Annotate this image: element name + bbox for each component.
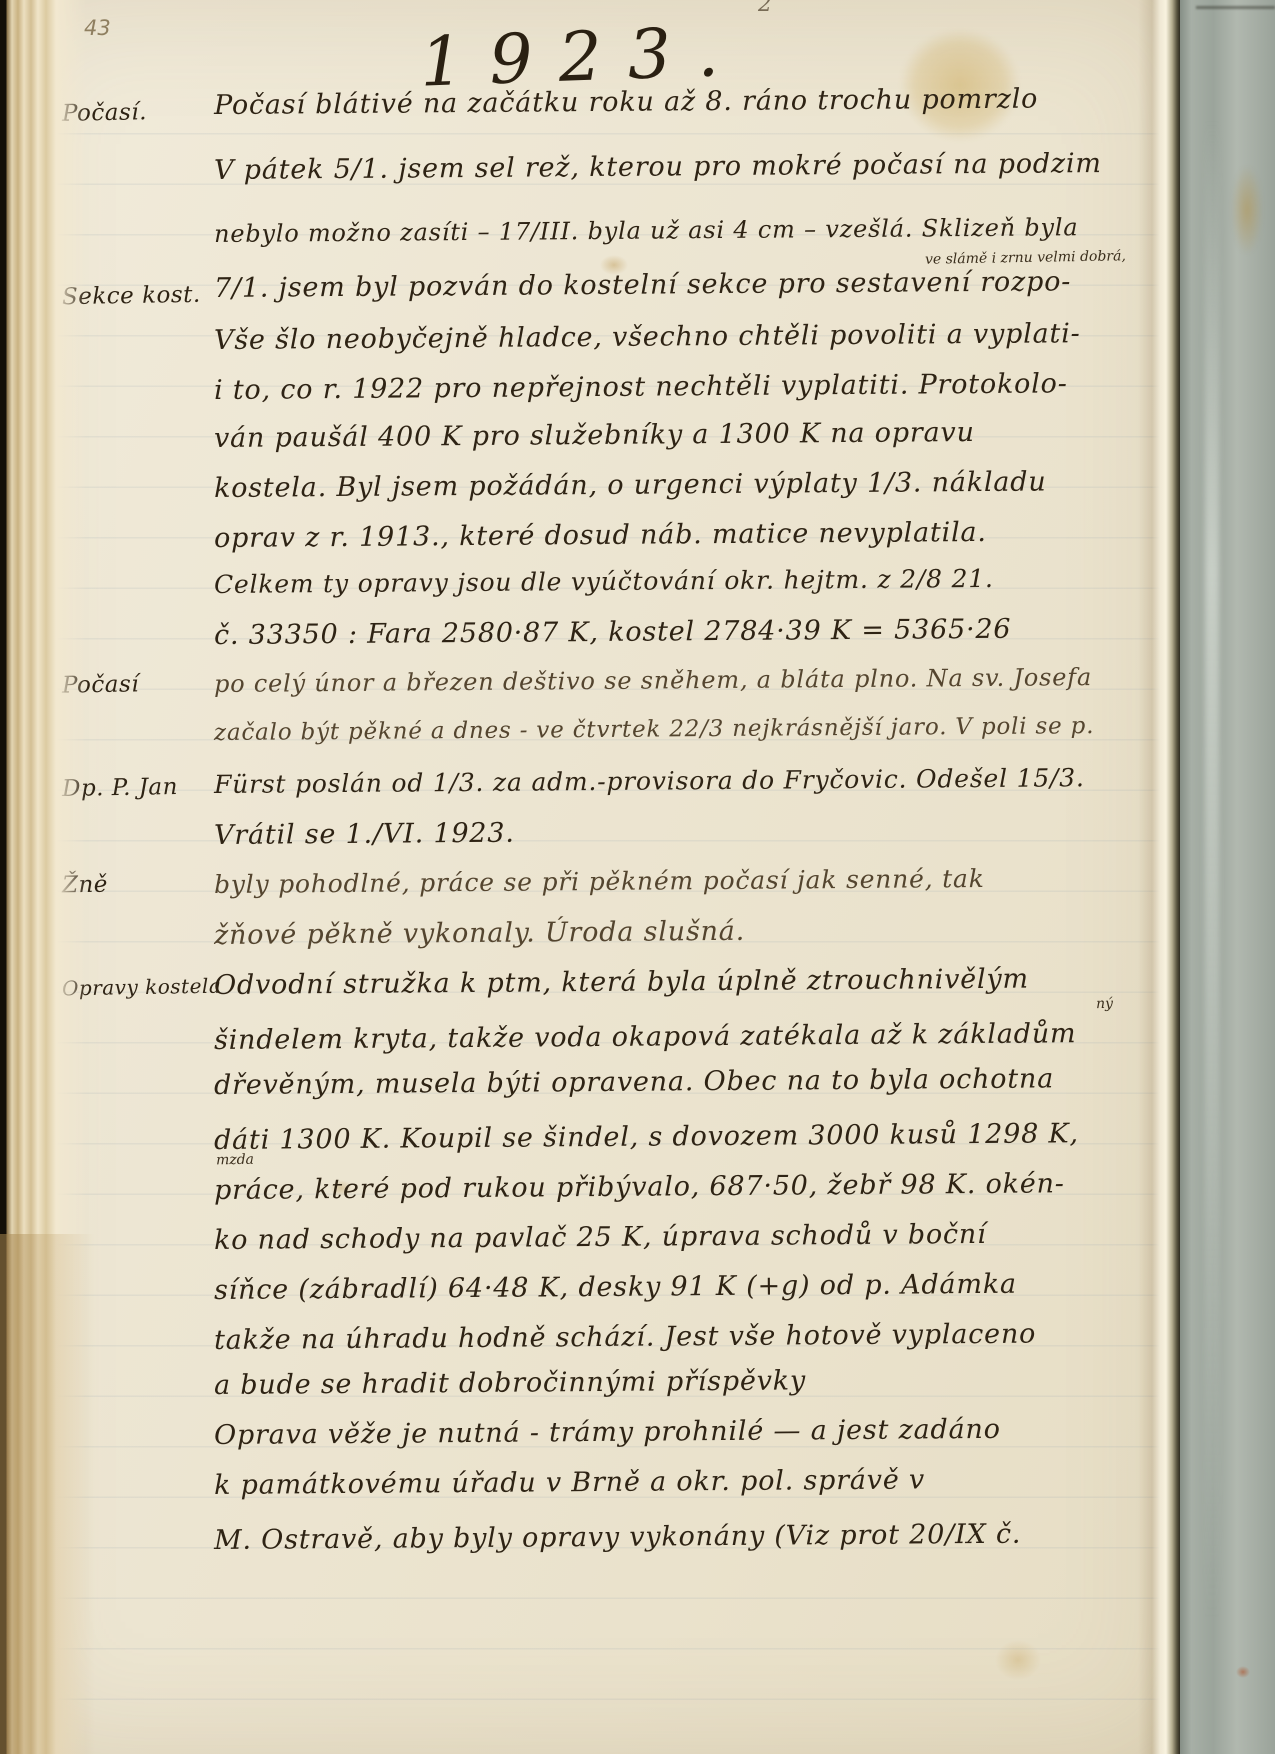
interlinear-note-harvest: ve slámě i zrnu velmi dobrá, (925, 248, 1126, 268)
manuscript-line: šindelem kryta, takže voda okapová zaték… (214, 1018, 1077, 1056)
manuscript-line: a bude se hradit dobročinnými příspěvky (214, 1365, 806, 1401)
manuscript-line: síňce (zábradlí) 64·48 K, desky 91 K (+g… (214, 1269, 1017, 1306)
manuscript-line: 7/1. jsem byl pozván do kostelní sekce p… (214, 266, 1071, 304)
manuscript-line: ko nad schody na pavlač 25 K, úprava sch… (214, 1219, 987, 1256)
manuscript-line: V pátek 5/1. jsem sel rež, kterou pro mo… (214, 148, 1102, 186)
manuscript-line: dáti 1300 K. Koupil se šindel, s dovozem… (214, 1118, 1079, 1156)
manuscript-line: nebylo možno zasíti – 17/III. byla už as… (214, 213, 1079, 248)
manuscript-line: Počasí blátivé na začátku roku až 8. rán… (214, 84, 1038, 121)
manuscript-line: Odvodní stružka k ptm, která byla úplně … (214, 964, 1029, 1001)
page-fold-edge (1138, 0, 1184, 1754)
manuscript-line: Celkem ty opravy jsou dle vyúčtování okr… (214, 564, 994, 599)
manuscript-line: takže na úhradu hodně schází. Jest vše h… (214, 1319, 1036, 1356)
manuscript-line: Oprava věže je nutná - trámy prohnilé — … (214, 1414, 1001, 1451)
manuscript-line: k památkovému úřadu v Brně a okr. pol. s… (214, 1464, 925, 1501)
manuscript-line: kostela. Byl jsem požádán, o urgenci výp… (214, 466, 1047, 504)
interlinear-note-insertion: ný (1096, 996, 1113, 1012)
manuscript-line: začalo být pěkné a dnes - ve čtvrtek 22/… (214, 713, 1094, 746)
cover-stain (1226, 150, 1268, 270)
manuscript-line: Vrátil se 1./VI. 1923. (214, 818, 515, 851)
manuscript-line: M. Ostravě, aby byly opravy vykonány (Vi… (214, 1519, 1021, 1556)
manuscript-scan: 1923. 43 2 Počasí. Sekce kost. Počasí Dp… (0, 0, 1275, 1754)
top-edge-mark: 2 (758, 0, 772, 17)
manuscript-line: dřevěným, musela býti opravena. Obec na … (214, 1063, 1054, 1101)
manuscript-line: práce, které pod rukou přibývalo, 687·50… (214, 1168, 1065, 1206)
manuscript-line: Fürst poslán od 1/3. za adm.-provisora d… (214, 763, 1085, 799)
cover-highlight-streak (1205, 120, 1219, 1620)
manuscript-line: byly pohodlné, práce se při pěkném počas… (214, 864, 985, 899)
interlinear-note-wage: mzda (216, 1152, 254, 1169)
manuscript-line: ván paušál 400 K pro služebníky a 1300 K… (214, 417, 975, 454)
manuscript-line: žňové pěkně vykonaly. Úroda slušná. (214, 916, 745, 951)
manuscript-line: po celý únor a březen deštivo se sněhem,… (214, 663, 1092, 698)
manuscript-line: i to, co r. 1922 pro nepřejnost nechtěli… (214, 368, 1068, 406)
manuscript-line: Vše šlo neobyčejně hladce, všechno chtěl… (214, 318, 1081, 356)
cover-top-crease (1196, 6, 1275, 9)
book-cover-grey (1180, 0, 1275, 1754)
handwriting-layer: 1923. 43 2 Počasí. Sekce kost. Počasí Dp… (0, 0, 1160, 1754)
book-gutter-flare (0, 1234, 110, 1754)
manuscript-line: oprav z r. 1913., které dosud náb. matic… (214, 517, 987, 554)
manuscript-line: č. 33350 : Fara 2580·87 K, kostel 2784·3… (214, 614, 1012, 651)
cover-stain (1236, 1666, 1250, 1678)
